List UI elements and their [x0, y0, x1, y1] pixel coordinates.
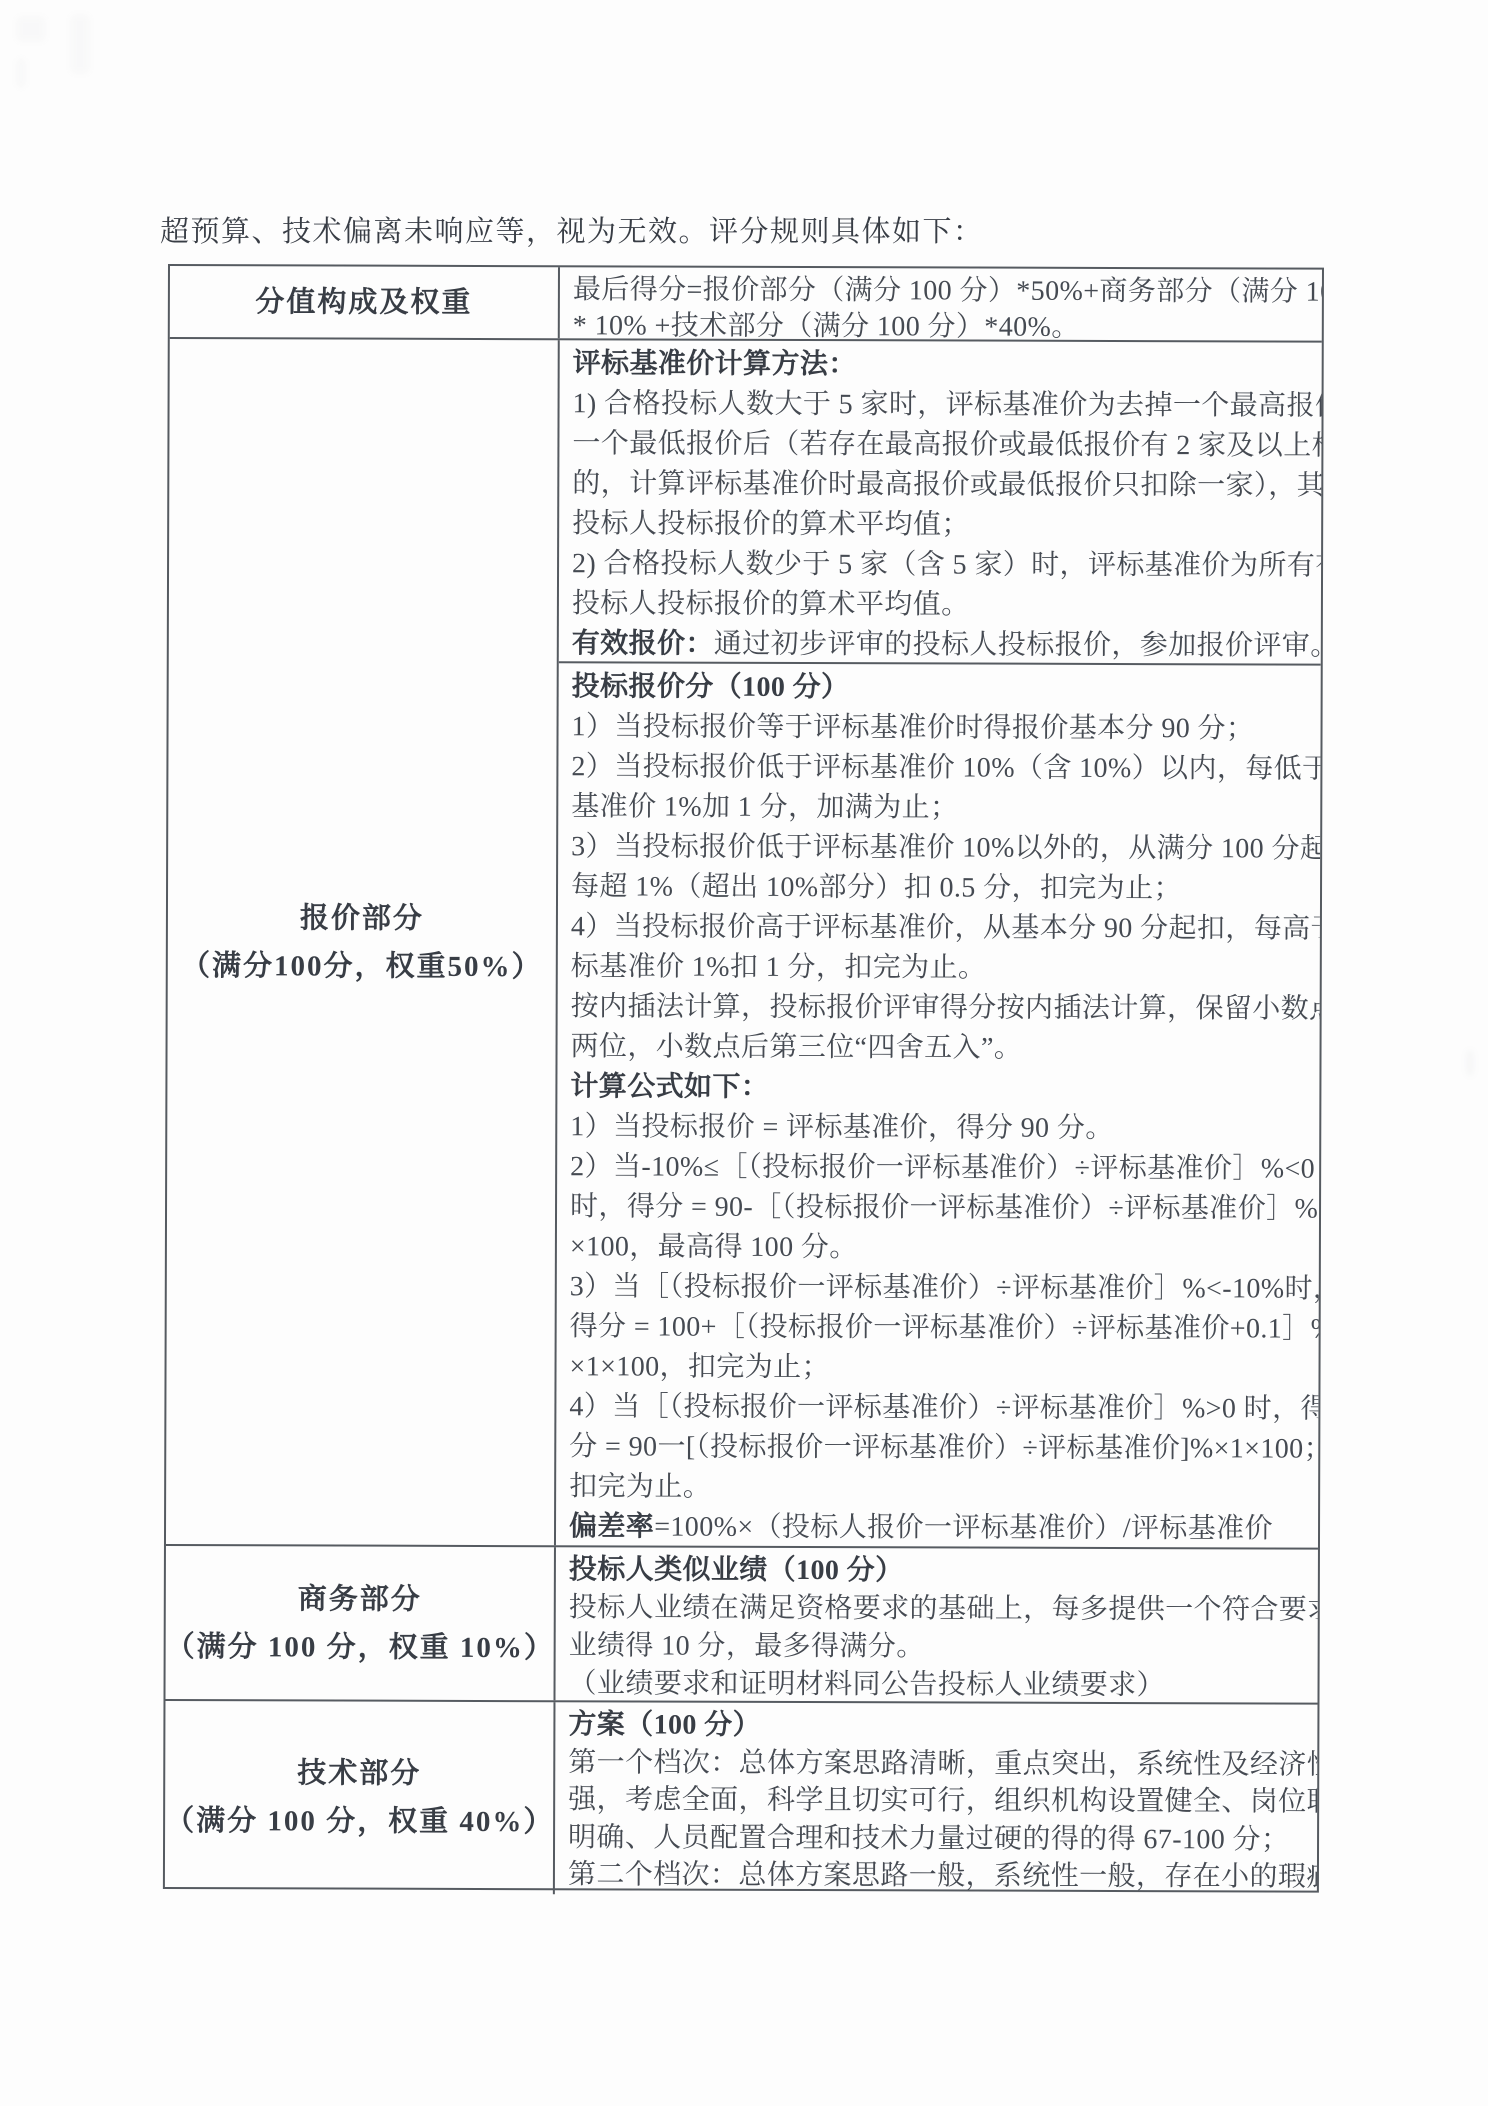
- text-line: 业绩得 10 分，最多得满分。: [569, 1627, 1312, 1667]
- body-text: 4）当［（投标报价一评标基准价）÷评标基准价］%>0 时，得: [569, 1391, 1320, 1424]
- text-line: 标基准价 1%扣 1 分，扣完为止。: [571, 947, 1314, 989]
- text-line: 两位，小数点后第三位“四舍五入”。: [570, 1027, 1313, 1069]
- table-row-price: 报价部分（满分100分，权重50%）评标基准价计算方法：1) 合格投标人数大于 …: [166, 339, 1322, 1550]
- scan-smudge: [1466, 1050, 1474, 1076]
- body-text: 通过初步评审的投标人投标报价，参加报价评审。: [714, 629, 1322, 662]
- body-text: 强，考虑全面，科学且切实可行，组织机构设置健全、岗位职责: [568, 1784, 1317, 1817]
- body-text: （业绩要求和证明材料同公告投标人业绩要求）: [568, 1668, 1165, 1701]
- text-line: 2) 合格投标人数少于 5 家（含 5 家）时，评标基准价为所有有效: [572, 544, 1315, 586]
- text-line: 按内插法计算，投标报价评审得分按内插法计算，保留小数点后: [571, 987, 1314, 1029]
- body-text: 1) 合格投标人数大于 5 家时，评标基准价为去掉一个最高报价和: [573, 388, 1322, 422]
- text-line: 明确、人员配置合理和技术力量过硬的得的得 67-100 分；: [568, 1819, 1311, 1859]
- text-line: 投标报价分（100 分）: [572, 667, 1315, 709]
- criterion-label-text: 报价部分: [300, 894, 424, 942]
- body-text: 每超 1%（超出 10%部分）扣 0.5 分，扣完为止；: [571, 871, 1182, 904]
- criterion-label-cell: 商务部分（满分 100 分，权重 10%）: [165, 1546, 555, 1700]
- text-line: 一个最低报价后（若存在最高报价或最低报价有 2 家及以上相同: [572, 424, 1315, 466]
- body-text: 时，得分 = 90-［（投标报价一评标基准价）÷评标基准价］%×1: [570, 1191, 1321, 1224]
- criterion-label-cell: 报价部分（满分100分，权重50%）: [166, 339, 560, 1545]
- text-line: 的，计算评标基准价时最高报价或最低报价只扣除一家），其他: [572, 464, 1315, 506]
- body-text: 按内插法计算，投标报价评审得分按内插法计算，保留小数点后: [571, 991, 1321, 1024]
- criterion-label-text: （满分 100 分，权重 10%）: [166, 1622, 554, 1671]
- criterion-content-cell: 投标人类似业绩（100 分）投标人业绩在满足资格要求的基础上，每多提供一个符合要…: [555, 1547, 1317, 1702]
- body-text: 一个最低报价后（若存在最高报价或最低报价有 2 家及以上相同: [572, 428, 1321, 462]
- text-line: ×1×100，扣完为止；: [569, 1347, 1312, 1389]
- body-text: 3）当［（投标报价一评标基准价）÷评标基准价］%<-10%时，: [570, 1271, 1321, 1304]
- body-text: 基准价 1%加 1 分，加满为止；: [571, 791, 958, 823]
- scan-smudge: [16, 16, 46, 42]
- text-line: 有效报价：通过初步评审的投标人投标报价，参加报价评审。: [572, 624, 1315, 663]
- content-section: 方案（100 分）第一个档次：总体方案思路清晰，重点突出，系统性及经济性较强，考…: [555, 1702, 1318, 1896]
- body-text: 3）当投标报价低于评标基准价 10%以外的，从满分 100 分起扣，: [571, 831, 1321, 865]
- body-text: 1）当投标报价 = 评标基准价，得分 90 分。: [570, 1111, 1114, 1144]
- text-line: 每超 1%（超出 10%部分）扣 0.5 分，扣完为止；: [571, 867, 1314, 909]
- scan-smudge: [70, 14, 90, 74]
- text-line: 分 = 90一[（投标报价一评标基准价）÷评标基准价]%×1×100；: [569, 1427, 1312, 1469]
- content-section: 投标报价分（100 分）1）当投标报价等于评标基准价时得报价基本分 90 分；2…: [556, 661, 1321, 1547]
- table-row-weights: 分值构成及权重最后得分=报价部分（满分 100 分）*50%+商务部分（满分 1…: [170, 266, 1322, 343]
- section-heading: 评标基准价计算方法：: [573, 348, 857, 380]
- text-line: 3）当投标报价低于评标基准价 10%以外的，从满分 100 分起扣，: [571, 827, 1314, 869]
- text-line: 2）当-10%≤［（投标报价一评标基准价）÷评标基准价］%<0: [570, 1147, 1313, 1189]
- text-line: 3）当［（投标报价一评标基准价）÷评标基准价］%<-10%时，: [570, 1267, 1313, 1309]
- body-text: 2) 合格投标人数少于 5 家（含 5 家）时，评标基准价为所有有效: [572, 548, 1322, 582]
- body-text: 两位，小数点后第三位“四舍五入”。: [570, 1031, 1022, 1063]
- text-line: 计算公式如下：: [570, 1067, 1313, 1109]
- content-section: 最后得分=报价部分（满分 100 分）*50%+商务部分（满分 100 分）* …: [560, 267, 1322, 340]
- body-text: 4）当投标报价高于评标基准价，从基本分 90 分起扣，每高于评: [571, 911, 1321, 945]
- section-heading: 投标人类似业绩（100 分）: [569, 1554, 904, 1586]
- body-text: 投标人业绩在满足资格要求的基础上，每多提供一个符合要求的: [569, 1592, 1318, 1625]
- body-text: 最后得分=报价部分（满分 100 分）*50%+商务部分（满分 100 分）: [573, 274, 1322, 308]
- criterion-label-text: 商务部分: [298, 1575, 422, 1623]
- text-line: 强，考虑全面，科学且切实可行，组织机构设置健全、岗位职责: [568, 1781, 1311, 1821]
- body-text: * 10% +技术部分（满分 100 分）*40%。: [573, 310, 1080, 340]
- text-line: 偏差率=100%×（投标人报价一评标基准价）/评标基准价: [569, 1507, 1312, 1547]
- scan-smudge: [16, 58, 26, 88]
- body-text: 扣完为止。: [569, 1471, 711, 1502]
- text-line: 投标人类似业绩（100 分）: [569, 1551, 1312, 1591]
- criterion-content-cell: 方案（100 分）第一个档次：总体方案思路清晰，重点突出，系统性及经济性较强，考…: [555, 1702, 1318, 1896]
- body-text: 1）当投标报价等于评标基准价时得报价基本分 90 分；: [571, 711, 1254, 744]
- scanned-document-page: { "intro": { "text": "超预算、技术偏离未响应等，视为无效。…: [0, 0, 1488, 2106]
- text-line: 最后得分=报价部分（满分 100 分）*50%+商务部分（满分 100 分）: [573, 271, 1316, 309]
- text-line: 评标基准价计算方法：: [573, 344, 1316, 386]
- criterion-content-cell: 最后得分=报价部分（满分 100 分）*50%+商务部分（满分 100 分）* …: [560, 267, 1322, 340]
- text-line: 1) 合格投标人数大于 5 家时，评标基准价为去掉一个最高报价和: [572, 384, 1315, 426]
- body-text: 投标人投标报价的算术平均值。: [572, 588, 970, 620]
- text-line: 第一个档次：总体方案思路清晰，重点突出，系统性及经济性较: [568, 1744, 1311, 1784]
- text-line: 2）当投标报价低于评标基准价 10%（含 10%）以内，每低于评标: [571, 747, 1314, 789]
- section-heading: 计算公式如下：: [570, 1071, 769, 1103]
- section-heading: 方案（100 分）: [568, 1709, 761, 1741]
- body-text: 得分 = 100+［（投标报价一评标基准价）÷评标基准价+0.1］%: [570, 1311, 1321, 1344]
- table-row-tech: 技术部分（满分 100 分，权重 40%）方案（100 分）第一个档次：总体方案…: [165, 1701, 1318, 1896]
- text-line: 投标人投标报价的算术平均值。: [572, 584, 1315, 626]
- body-text: 明确、人员配置合理和技术力量过硬的得的得 67-100 分；: [568, 1822, 1289, 1855]
- body-text: 标基准价 1%扣 1 分，扣完为止。: [571, 951, 987, 983]
- body-text: 2）当-10%≤［（投标报价一评标基准价）÷评标基准价］%<0: [570, 1151, 1315, 1184]
- section-heading: 偏差率: [569, 1511, 654, 1542]
- text-line: 方案（100 分）: [568, 1706, 1311, 1746]
- text-line: 1）当投标报价 = 评标基准价，得分 90 分。: [570, 1107, 1313, 1149]
- text-line: 1）当投标报价等于评标基准价时得报价基本分 90 分；: [571, 707, 1314, 749]
- table-row-business: 商务部分（满分 100 分，权重 10%）投标人类似业绩（100 分）投标人业绩…: [165, 1546, 1317, 1705]
- body-text: 业绩得 10 分，最多得满分。: [569, 1630, 925, 1662]
- text-line: 第二个档次：总体方案思路一般，系统性一般，存在小的瑕疵，: [568, 1856, 1311, 1896]
- body-text: 第二个档次：总体方案思路一般，系统性一般，存在小的瑕疵，: [568, 1859, 1318, 1892]
- criterion-label-cell: 技术部分（满分 100 分，权重 40%）: [165, 1701, 556, 1894]
- text-line: 得分 = 100+［（投标报价一评标基准价）÷评标基准价+0.1］%: [570, 1307, 1313, 1349]
- text-line: ×100，最高得 100 分。: [570, 1227, 1313, 1269]
- body-text: 的，计算评标基准价时最高报价或最低报价只扣除一家），其他: [572, 468, 1321, 501]
- body-text: 分 = 90一[（投标报价一评标基准价）÷评标基准价]%×1×100；: [569, 1431, 1321, 1464]
- content-section: 投标人类似业绩（100 分）投标人业绩在满足资格要求的基础上，每多提供一个符合要…: [555, 1547, 1317, 1702]
- intro-paragraph: 超预算、技术偏离未响应等，视为无效。评分规则具体如下：: [160, 212, 984, 252]
- text-line: * 10% +技术部分（满分 100 分）*40%。: [573, 307, 1316, 340]
- criterion-label-text: （满分100分，权重50%）: [181, 942, 543, 991]
- text-line: 4）当［（投标报价一评标基准价）÷评标基准价］%>0 时，得: [569, 1387, 1312, 1429]
- criterion-content-cell: 评标基准价计算方法：1) 合格投标人数大于 5 家时，评标基准价为去掉一个最高报…: [556, 340, 1322, 1547]
- body-text: ×100，最高得 100 分。: [570, 1231, 858, 1263]
- text-line: 时，得分 = 90-［（投标报价一评标基准价）÷评标基准价］%×1: [570, 1187, 1313, 1229]
- body-text: 2）当投标报价低于评标基准价 10%（含 10%）以内，每低于评标: [571, 751, 1320, 785]
- criterion-label-text: （满分 100 分，权重 40%）: [165, 1797, 553, 1846]
- criterion-label-cell: 分值构成及权重: [170, 266, 560, 338]
- body-text: 投标人投标报价的算术平均值；: [572, 508, 970, 540]
- text-line: 投标人业绩在满足资格要求的基础上，每多提供一个符合要求的: [569, 1589, 1312, 1629]
- text-line: 4）当投标报价高于评标基准价，从基本分 90 分起扣，每高于评: [571, 907, 1314, 949]
- text-line: 投标人投标报价的算术平均值；: [572, 504, 1315, 546]
- body-text: =100%×（投标人报价一评标基准价）/评标基准价: [654, 1512, 1273, 1545]
- text-line: （业绩要求和证明材料同公告投标人业绩要求）: [568, 1665, 1311, 1702]
- criterion-label-text: 分值构成及权重: [255, 278, 472, 327]
- scoring-table: 分值构成及权重最后得分=报价部分（满分 100 分）*50%+商务部分（满分 1…: [163, 264, 1324, 1893]
- body-text: 第一个档次：总体方案思路清晰，重点突出，系统性及经济性较: [568, 1747, 1317, 1780]
- body-text: ×1×100，扣完为止；: [569, 1351, 829, 1383]
- section-heading: 投标报价分（100 分）: [572, 671, 850, 703]
- text-line: 基准价 1%加 1 分，加满为止；: [571, 787, 1314, 829]
- section-heading: 有效报价：: [572, 628, 714, 659]
- content-section: 评标基准价计算方法：1) 合格投标人数大于 5 家时，评标基准价为去掉一个最高报…: [559, 340, 1322, 663]
- criterion-label-text: 技术部分: [297, 1749, 421, 1797]
- text-line: 扣完为止。: [569, 1467, 1312, 1509]
